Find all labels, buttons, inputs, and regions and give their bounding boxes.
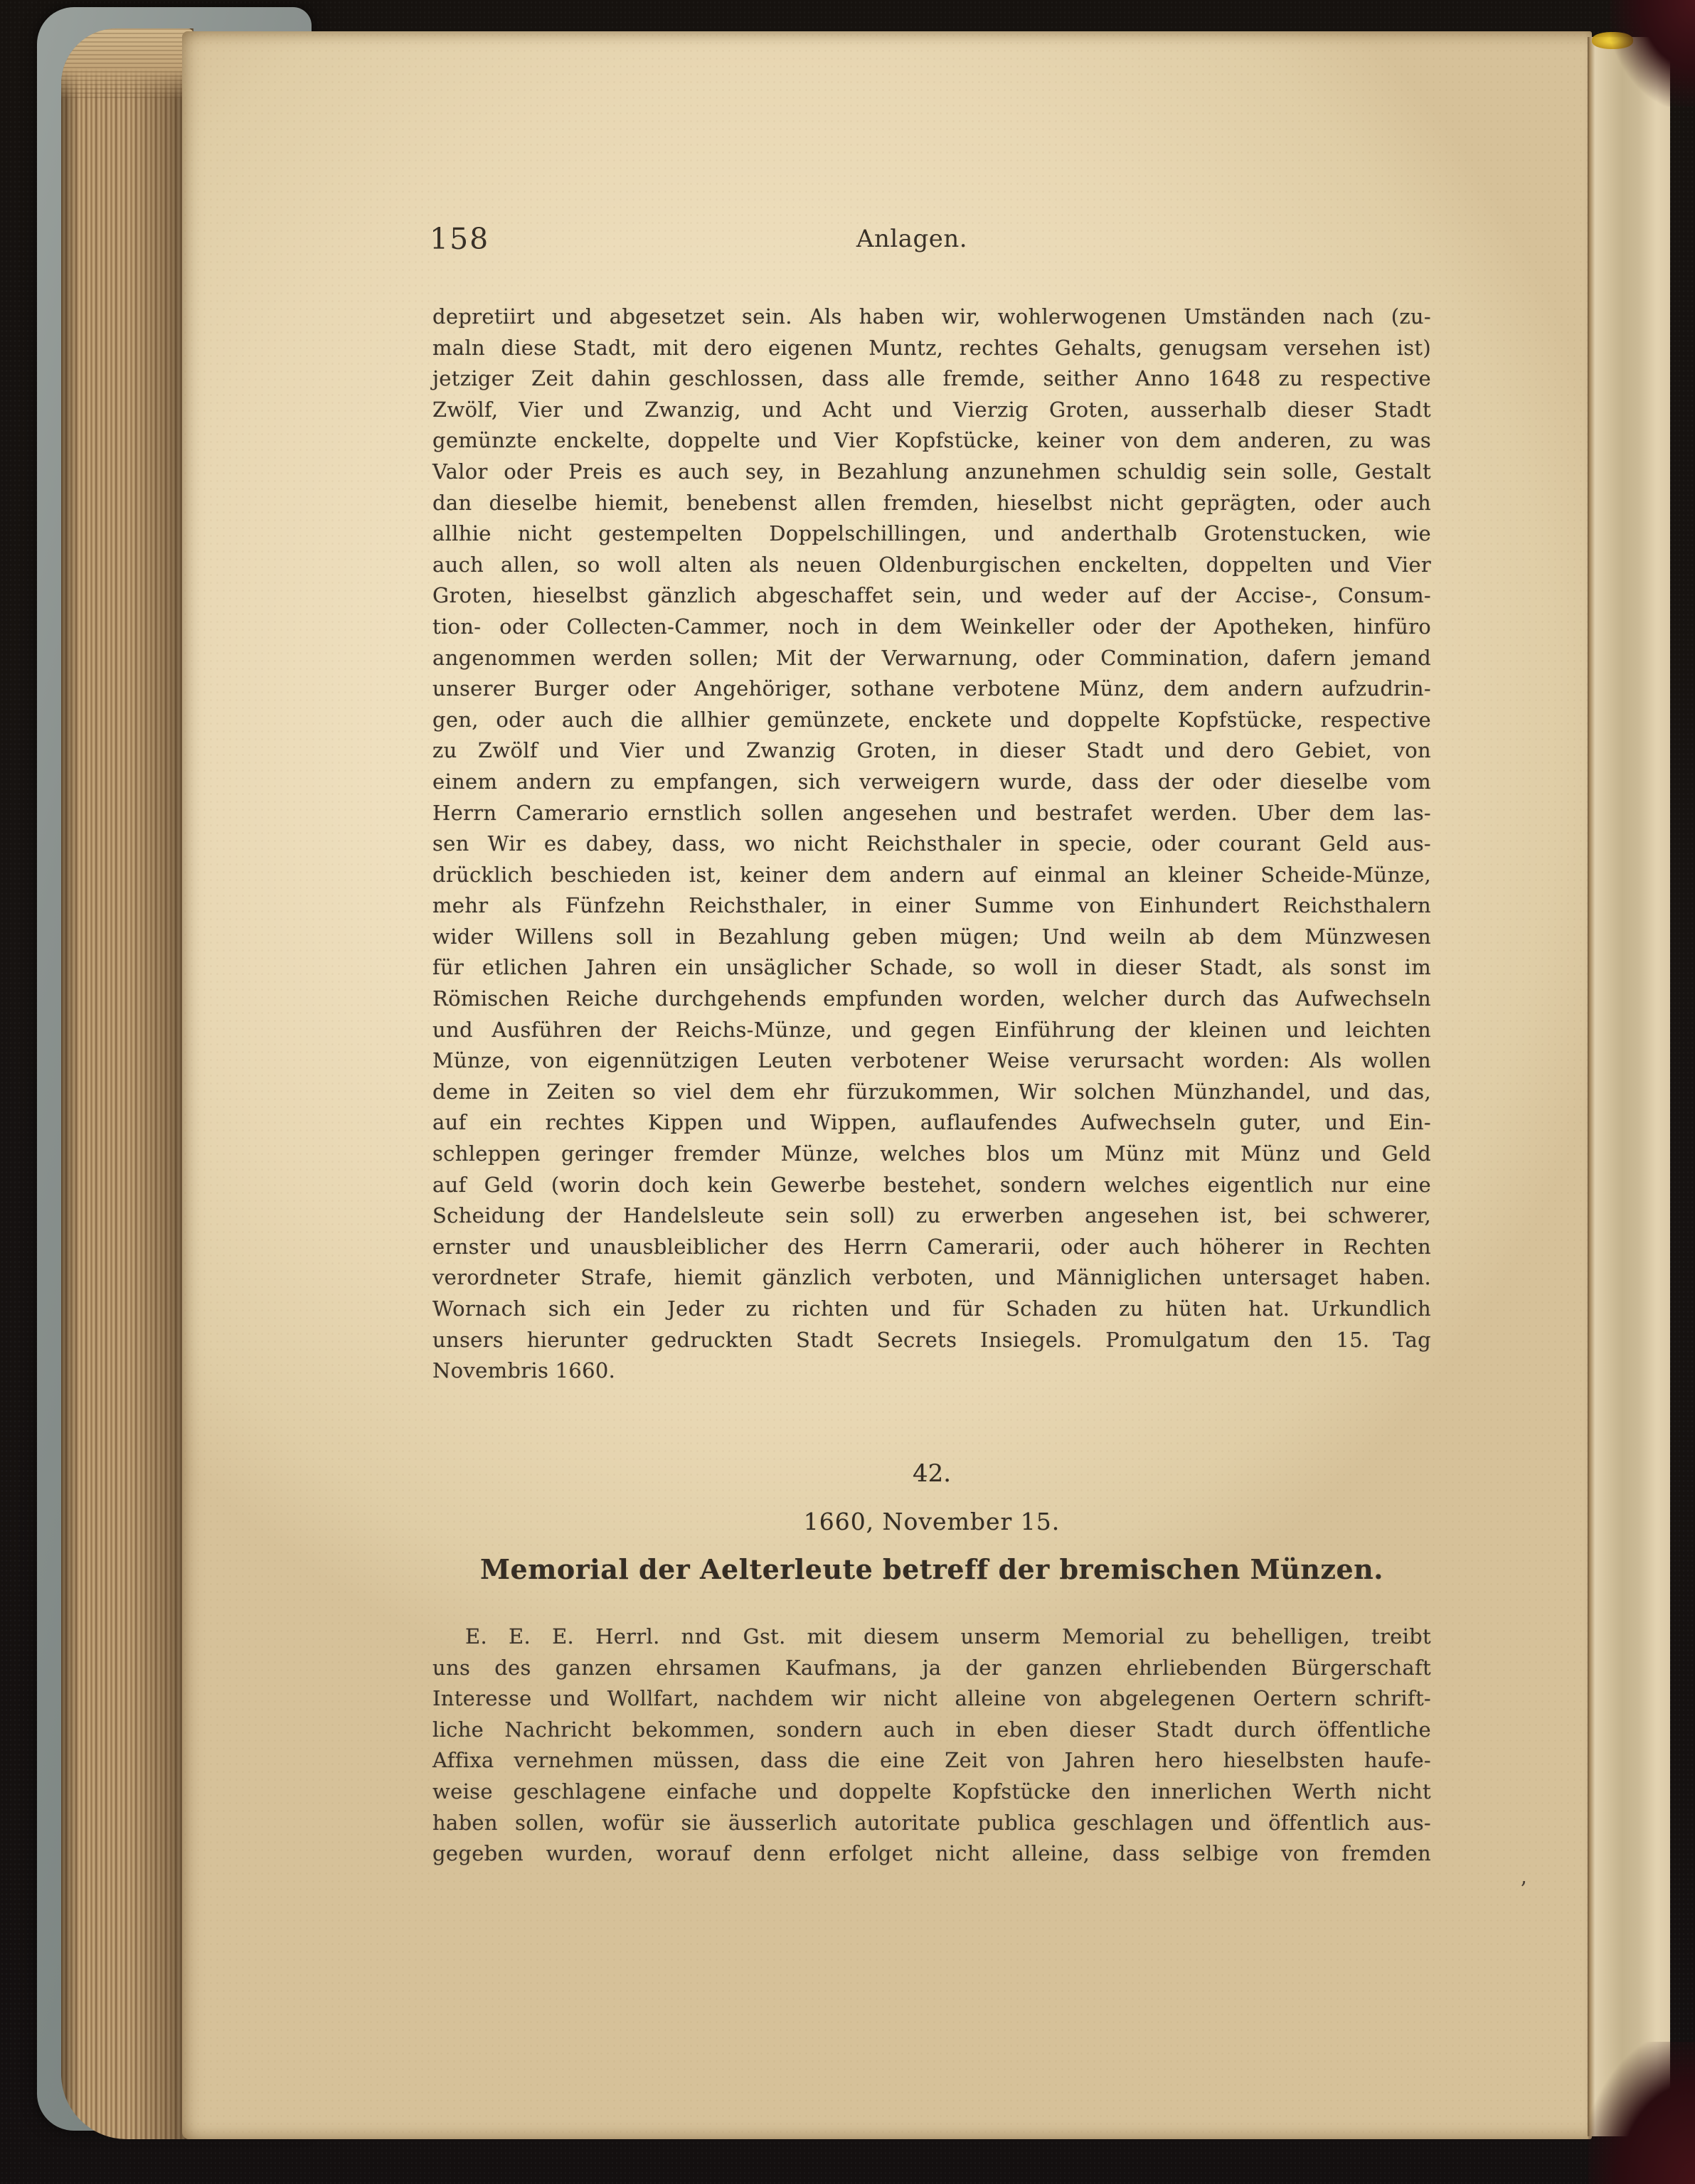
text-line: einem andern zu empfangen, sich verweige… bbox=[432, 767, 1431, 798]
text-line: wider Willens soll in Bezahlung geben mü… bbox=[432, 922, 1431, 953]
section-title: Memorial der Aelterleute betreff der bre… bbox=[432, 1553, 1431, 1585]
text-line: E. E. E. Herrl. nnd Gst. mit diesem unse… bbox=[432, 1621, 1431, 1653]
text-line: zu Zwölf und Vier und Zwanzig Groten, in… bbox=[432, 735, 1431, 767]
text-line: Scheidung der Handelsleute sein soll) zu… bbox=[432, 1200, 1431, 1232]
text-line: drücklich beschieden ist, keiner dem and… bbox=[432, 860, 1431, 891]
text-line: Affixa vernehmen müssen, dass die eine Z… bbox=[432, 1745, 1431, 1777]
paragraph-ordinance-last-line: Novembris 1660. bbox=[432, 1355, 615, 1387]
text-column: 158 Anlagen. depretiirt und abgesetzet s… bbox=[432, 31, 1431, 2139]
text-line: und Ausführen der Reichs-Münze, und gege… bbox=[432, 1015, 1431, 1046]
text-line: Valor oder Preis es auch sey, in Bezahlu… bbox=[432, 457, 1431, 488]
text-line: Römischen Reiche durchgehends empfunden … bbox=[432, 984, 1431, 1015]
running-title: Anlagen. bbox=[432, 220, 1431, 257]
text-line: Zwölf, Vier und Zwanzig, und Acht und Vi… bbox=[432, 395, 1431, 426]
facing-page-edge bbox=[1588, 37, 1670, 2136]
text-line: maln diese Stadt, mit dero eigenen Muntz… bbox=[432, 333, 1431, 364]
text-line: tion- oder Collecten-Cammer, noch in dem… bbox=[432, 612, 1431, 643]
text-line: gemünzte enckelte, doppelte und Vier Kop… bbox=[432, 425, 1431, 457]
ink-speck: ’ bbox=[1520, 1877, 1527, 1902]
text-line: verordneter Strafe, hiemit gänzlich verb… bbox=[432, 1262, 1431, 1294]
text-line: haben sollen, wofür sie äusserlich autor… bbox=[432, 1808, 1431, 1839]
text-line: schleppen geringer fremder Münze, welche… bbox=[432, 1139, 1431, 1170]
text-line: Wornach sich ein Jeder zu richten und fü… bbox=[432, 1294, 1431, 1325]
text-line: weise geschlagene einfache und doppelte … bbox=[432, 1777, 1431, 1808]
text-line: deme in Zeiten so viel dem ehr fürzukomm… bbox=[432, 1077, 1431, 1108]
text-line: Interesse und Wollfart, nachdem wir nich… bbox=[432, 1683, 1431, 1715]
text-line: gegeben wurden, worauf denn erfolget nic… bbox=[432, 1838, 1431, 1870]
page-header: 158 Anlagen. bbox=[432, 220, 1431, 257]
section-date: 1660, November 15. bbox=[432, 1508, 1431, 1535]
text-line: liche Nachricht bekommen, sondern auch i… bbox=[432, 1715, 1431, 1746]
text-line: uns des ganzen ehrsamen Kaufmans, ja der… bbox=[432, 1653, 1431, 1684]
text-line: allhie nicht gestempelten Doppelschillin… bbox=[432, 518, 1431, 550]
text-line: auf ein rechtes Kippen und Wippen, aufla… bbox=[432, 1107, 1431, 1139]
section-number: 42. bbox=[432, 1459, 1431, 1488]
text-line: depretiirt und abgesetzet sein. Als habe… bbox=[432, 302, 1431, 333]
text-line: ernster und unausbleiblicher des Herrn C… bbox=[432, 1232, 1431, 1263]
text-line: unsers hierunter gedruckten Stadt Secret… bbox=[432, 1325, 1431, 1356]
text-line: sen Wir es dabey, dass, wo nicht Reichst… bbox=[432, 829, 1431, 860]
paragraph-ordinance: depretiirt und abgesetzet sein. Als habe… bbox=[432, 302, 1431, 1355]
text-line: unserer Burger oder Angehöriger, sothane… bbox=[432, 673, 1431, 705]
cover-corner-bottom-right bbox=[1588, 2042, 1695, 2184]
text-line: Herrn Camerario ernstlich sollen angeseh… bbox=[432, 798, 1431, 829]
page-number: 158 bbox=[430, 220, 489, 257]
book-photo-background: 158 Anlagen. depretiirt und abgesetzet s… bbox=[0, 0, 1695, 2184]
text-line: Groten, hieselbst gänzlich abgeschaffet … bbox=[432, 580, 1431, 612]
cover-corner-top-right bbox=[1610, 0, 1695, 107]
text-line: Münze, von eigennützigen Leuten verboten… bbox=[432, 1045, 1431, 1077]
text-line: gen, oder auch die allhier gemünzete, en… bbox=[432, 705, 1431, 736]
page-stack-fore-edge bbox=[61, 28, 193, 2139]
text-line: auch allen, so woll alten als neuen Olde… bbox=[432, 550, 1431, 581]
text-line: für etlichen Jahren ein unsäglicher Scha… bbox=[432, 952, 1431, 984]
text-line: auf Geld (worin doch kein Gewerbe besteh… bbox=[432, 1170, 1431, 1201]
text-line: mehr als Fünfzehn Reichsthaler, in einer… bbox=[432, 890, 1431, 922]
text-line: jetziger Zeit dahin geschlossen, dass al… bbox=[432, 363, 1431, 395]
text-line: dan dieselbe hiemit, benebenst allen fre… bbox=[432, 488, 1431, 519]
paragraph-memorial: E. E. E. Herrl. nnd Gst. mit diesem unse… bbox=[432, 1621, 1431, 1870]
text-line: angenommen werden sollen; Mit der Verwar… bbox=[432, 643, 1431, 674]
